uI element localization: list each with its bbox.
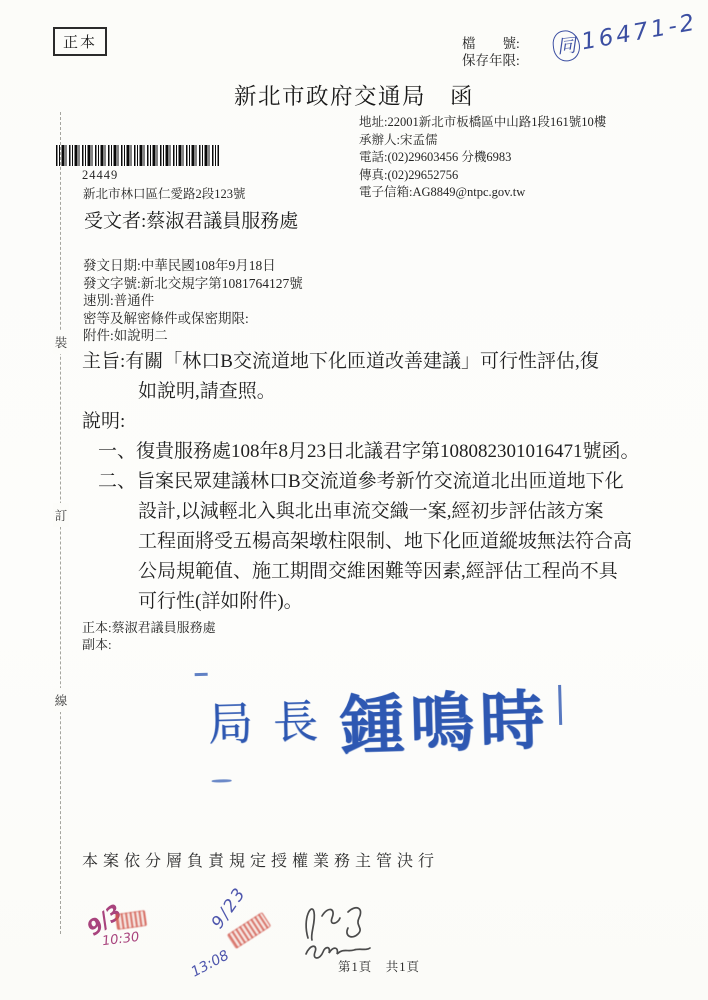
signature-scribble: [298, 898, 398, 966]
item-line: 公局規範值、施工期間交維困難等因素,經評估工程尚不具: [138, 557, 666, 587]
barcode: [56, 145, 219, 166]
scanned-letter-page: 正本 檔 號: 保存年限: 同16471-2 新北市政府交通局 函 地址:220…: [0, 0, 708, 1000]
dispatch-meta-block: 發文日期:中華民國108年9月18日 發文字號:新北交規字第1081764127…: [83, 257, 303, 345]
copies-block: 正本:蔡淑君議員服務處 副本:: [82, 620, 216, 653]
retention-period-label: 保存年限:: [462, 52, 520, 69]
page-number: 第1頁 共1頁: [338, 957, 420, 975]
sender-email: 電子信箱:AG8849@ntpc.gov.tw: [359, 184, 606, 202]
archive-field-labels: 檔 號: 保存年限:: [462, 35, 520, 69]
attachment-note: 附件:如說明二: [83, 327, 303, 345]
handwritten-time: 10:30: [101, 930, 140, 949]
subject-paragraph: 主旨:有關「林口B交流道地下化匝道改善建議」可行性評估,復 如說明,請查照。: [82, 347, 666, 407]
item-line: 設計,以減輕北入與北出車流交織一案,經初步評估該方案: [138, 497, 666, 527]
confidentiality: 密等及解密條件或保密期限:: [83, 310, 303, 328]
director-signature-stamp: 局長鍾鳴時: [207, 669, 551, 771]
item-line: 一、復貴服務處108年8月23日北議君字第108082301016471號函。: [98, 437, 666, 467]
document-title: 新北市政府交通局 函: [0, 79, 708, 111]
delegation-note: 本案依分層負責規定授權業務主管決行: [82, 848, 439, 871]
sender-phone: 電話:(02)29603456 分機6983: [359, 149, 606, 167]
handwritten-file-digits: 16471-2: [579, 10, 699, 56]
priority: 速別:普通件: [83, 292, 303, 310]
handwritten-receipt-mark-1: 9/3 10:30: [86, 906, 176, 966]
dispatch-date: 發文日期:中華民國108年9月18日: [83, 257, 303, 275]
red-name-stamp: [115, 910, 147, 930]
explanation-item-2: 二、旨案民眾建議林口B交流道參考新竹交流道北出匝道地下化 設計,以減輕北入與北出…: [82, 467, 666, 617]
item-line: 可行性(詳如附件)。: [138, 587, 666, 617]
sender-contact-block: 地址:22001新北市板橋區中山路1段161號10樓 承辦人:宋孟儒 電話:(0…: [359, 114, 606, 202]
duplicate-copy-line: 副本:: [82, 637, 216, 654]
stamp-ink-artifact: [558, 685, 562, 725]
letter-body: 主旨:有關「林口B交流道地下化匝道改善建議」可行性評估,復 如說明,請查照。 說…: [82, 347, 666, 617]
recipient-street-address: 新北市林口區仁愛路2段123號: [83, 184, 246, 202]
explanation-label: 說明:: [82, 407, 666, 437]
handwritten-time: 13:08: [189, 947, 232, 980]
sender-fax: 傳真:(02)29652756: [359, 167, 606, 185]
subject-line: 主旨:有關「林口B交流道地下化匝道改善建議」可行性評估,復: [82, 347, 666, 377]
handwritten-file-number: 同16471-2: [550, 8, 699, 64]
binding-mark-ding: 訂: [53, 503, 69, 527]
handwritten-receipt-mark-2: 9/23 13:08: [192, 894, 302, 994]
copy-type-label: 正本: [53, 27, 107, 56]
barcode-number: 24449: [82, 168, 118, 183]
sender-contact-person: 承辦人:宋孟儒: [359, 132, 606, 150]
subject-line: 如說明,請查照。: [138, 377, 666, 407]
dispatch-number: 發文字號:新北交規字第1081764127號: [83, 275, 303, 293]
handwritten-file-prefix: 同: [551, 29, 581, 63]
stamp-title: 局長: [207, 696, 338, 750]
item-line: 二、旨案民眾建議林口B交流道參考新竹交流道北出匝道地下化: [98, 467, 666, 497]
explanation-item-1: 一、復貴服務處108年8月23日北議君字第108082301016471號函。: [82, 437, 666, 467]
binding-mark-xian: 線: [53, 688, 69, 712]
original-copy-line: 正本:蔡淑君議員服務處: [82, 620, 216, 637]
file-number-label: 檔 號:: [462, 35, 520, 52]
stamp-name: 鍾鳴時: [339, 685, 551, 762]
sender-address: 地址:22001新北市板橋區中山路1段161號10樓: [359, 114, 606, 132]
item-line: 工程面將受五楊高架墩柱限制、地下化匝道縱坡無法符合高: [138, 527, 666, 557]
binding-mark-zhuang: 裝: [53, 330, 69, 354]
recipient-line: 受文者:蔡淑君議員服務處: [84, 206, 298, 233]
